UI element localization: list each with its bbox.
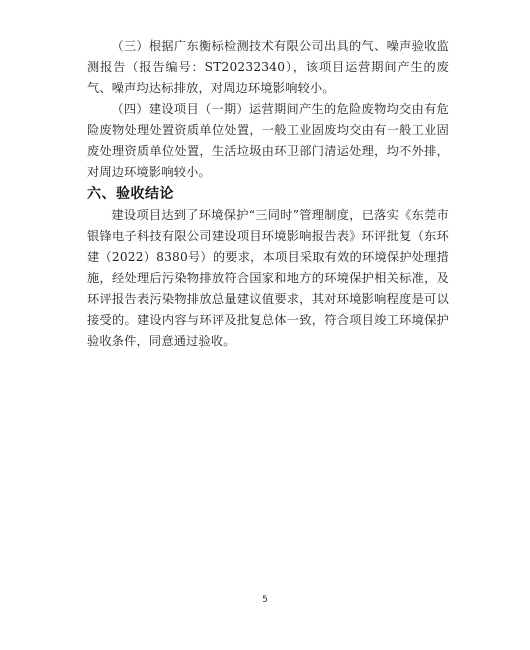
page-number: 5 [0, 595, 530, 605]
section-heading-acceptance-conclusion: 六、验收结论 [87, 183, 449, 205]
document-page: （三）根据广东衡标检测技术有限公司出具的气、噪声验收监测报告（报告编号：ST20… [0, 0, 530, 650]
paragraph-conclusion: 建设项目达到了环境保护“三同时”管理制度，已落实《东莞市银锋电子科技有限公司建设… [87, 205, 449, 352]
paragraph-item-4: （四）建设项目（一期）运营期间产生的危险废物均交由有危险废物处理处置资质单位处置… [87, 99, 449, 183]
page-content: （三）根据广东衡标检测技术有限公司出具的气、噪声验收监测报告（报告编号：ST20… [87, 36, 449, 352]
paragraph-item-3: （三）根据广东衡标检测技术有限公司出具的气、噪声验收监测报告（报告编号：ST20… [87, 36, 449, 99]
